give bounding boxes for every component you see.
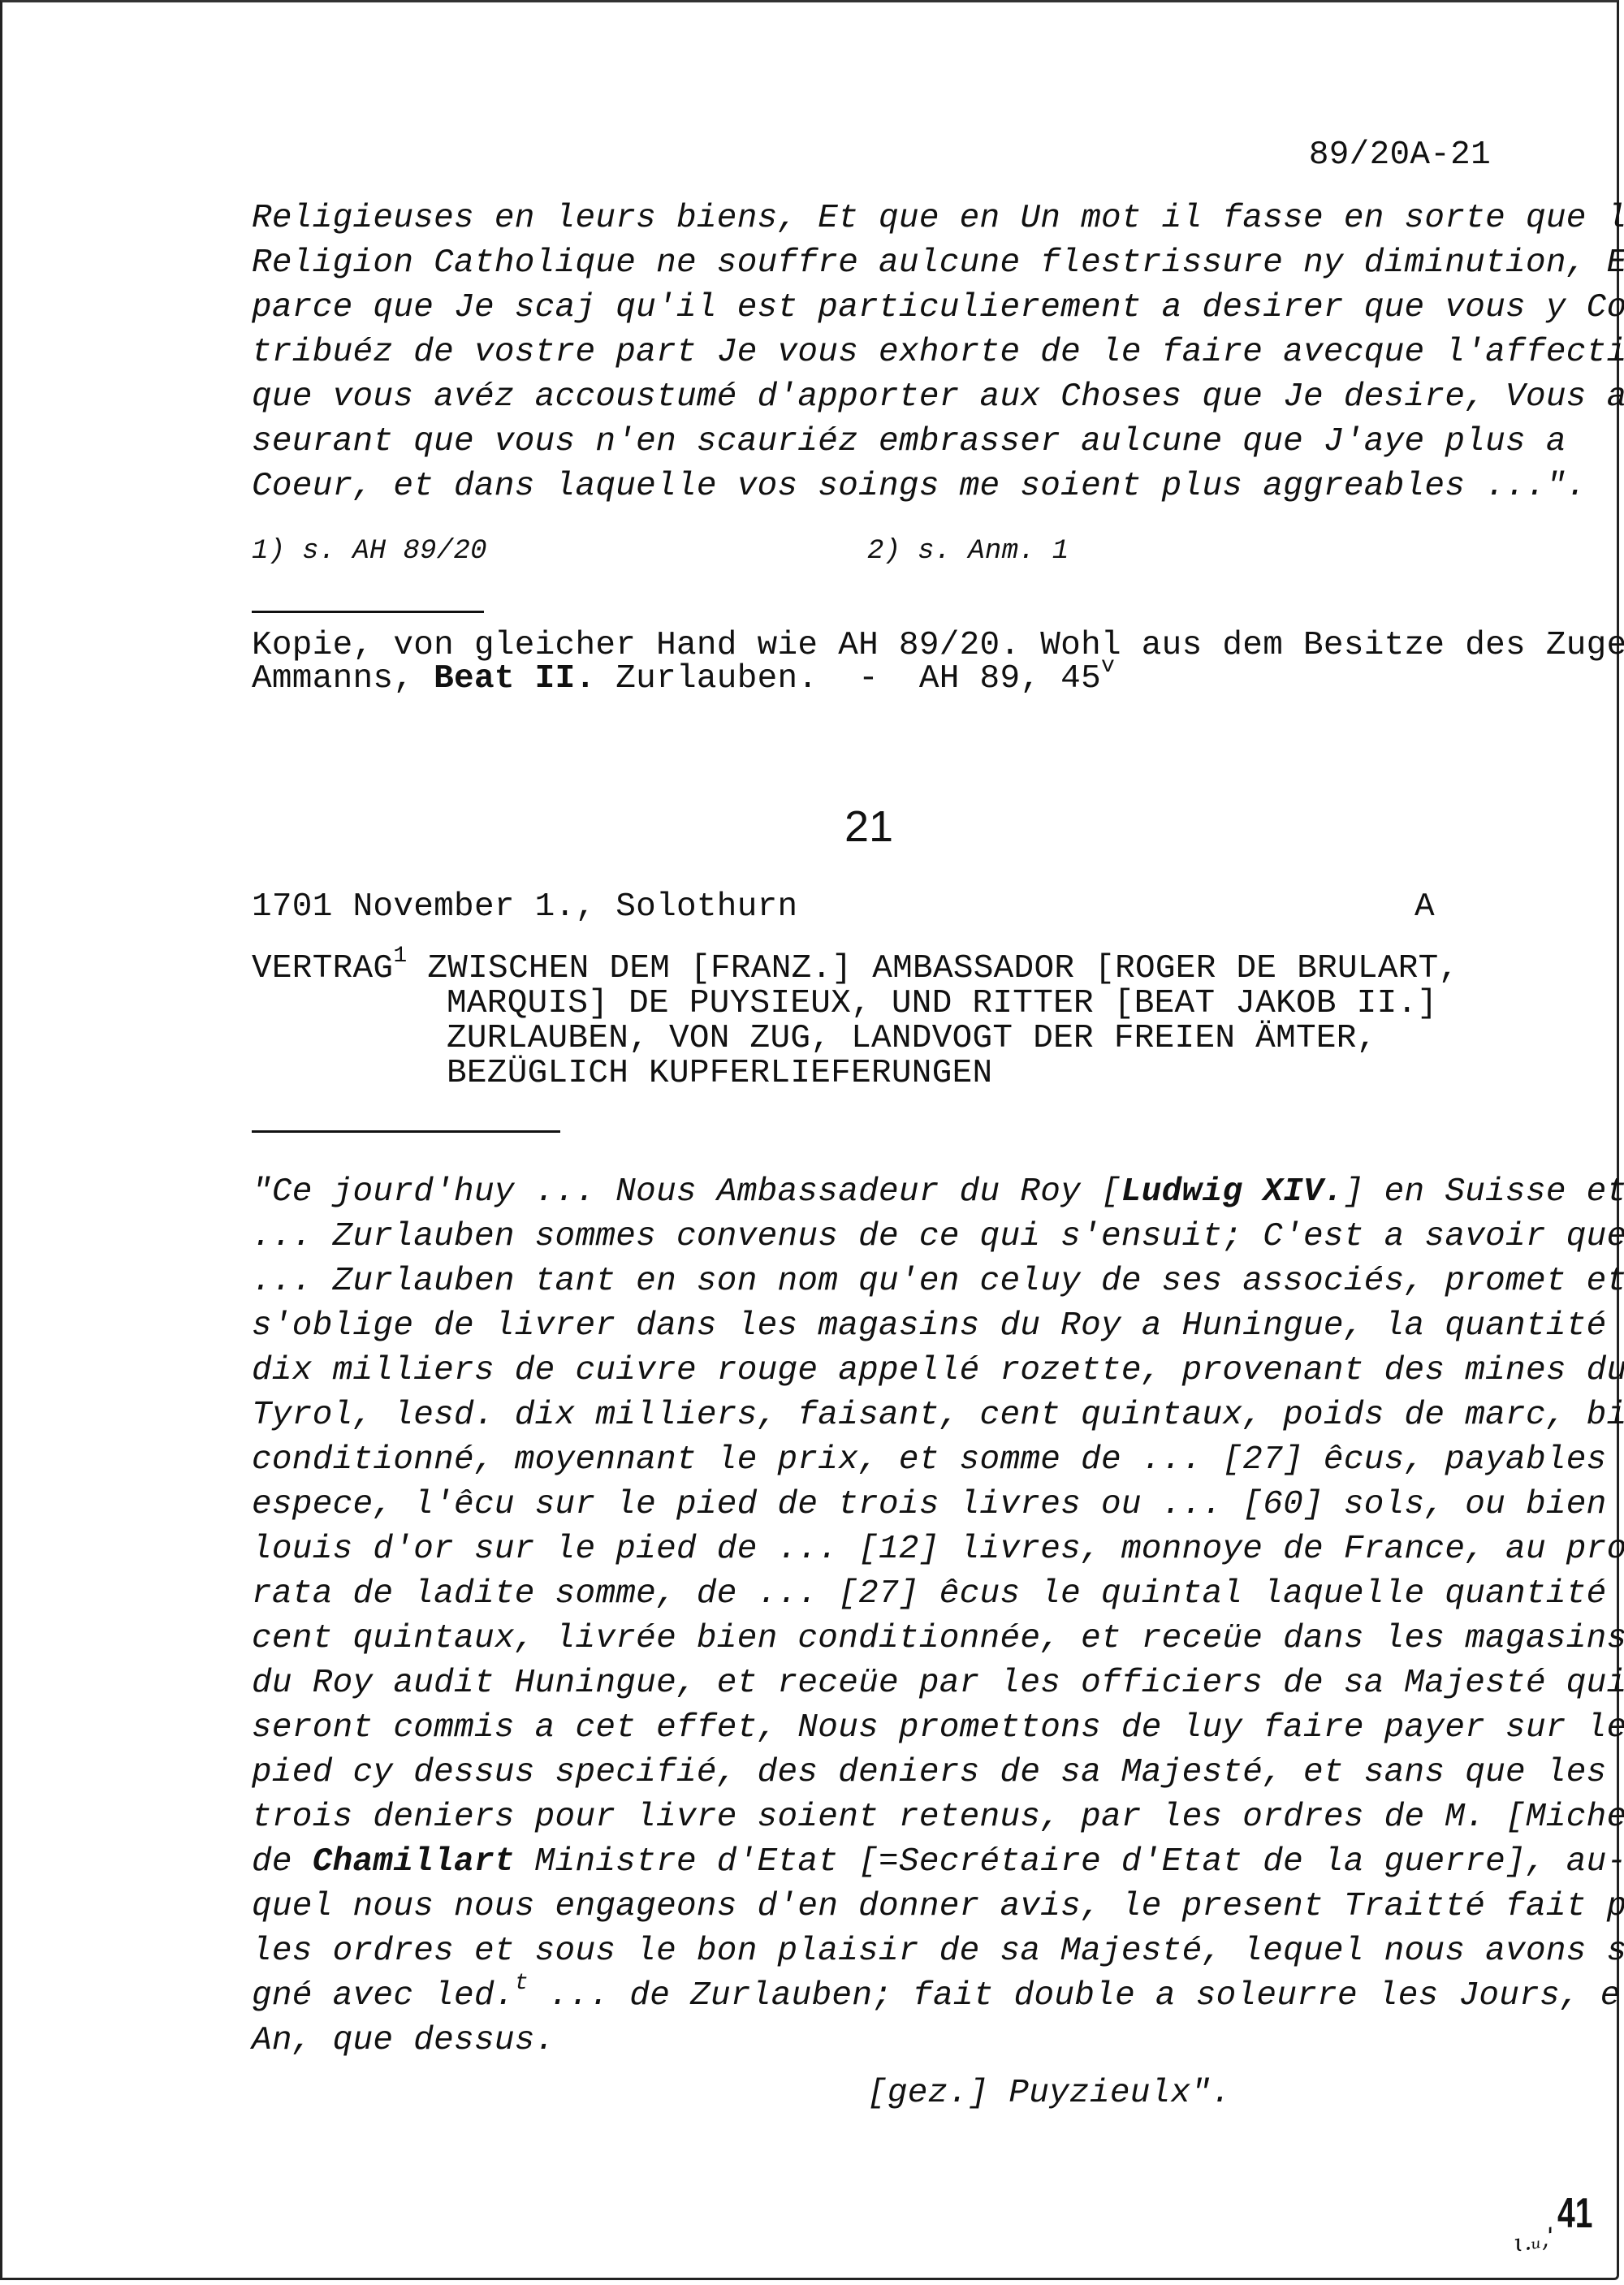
title-line-3: ZURLAUBEN, VON ZUG, LANDVOGT DER FREIEN …: [447, 1020, 1377, 1057]
body-text: ... de Zurlauben; fait double a soleurre…: [529, 1977, 1624, 2015]
body-line: louis d'or sur le pied de ... [12] livre…: [252, 1527, 1624, 1572]
prev-text-line: Religieuses en leurs biens, Et que en Un…: [252, 197, 1624, 241]
body-text: "Ce jourd'huy ... Nous Ambassadeur du Ro…: [252, 1173, 1121, 1211]
date-place: 1701 November 1., Solothurn: [252, 885, 797, 930]
footnote-2: 2) s. Anm. 1: [867, 529, 1069, 574]
title-line-1: VERTRAG1 ZWISCHEN DEM [FRANZ.] AMBASSADO…: [252, 950, 1458, 987]
body-line: de Chamillart Ministre d'Etat [=Secrétai…: [252, 1840, 1624, 1885]
title-footnote-marker: 1: [393, 944, 407, 969]
prev-text-line: parce que Je scaj qu'il est particuliere…: [252, 286, 1624, 330]
signature: [gez.] Puyzieulx".: [867, 2071, 1231, 2116]
title-first-word: VERTRAG: [252, 950, 393, 987]
separator-rule: [252, 611, 484, 613]
body-line: cent quintaux, livrée bien conditionnée,…: [252, 1617, 1624, 1661]
body-line: "Ce jourd'huy ... Nous Ambassadeur du Ro…: [252, 1170, 1624, 1215]
body-line: quel nous nous engageons d'en donner avi…: [252, 1885, 1624, 1929]
separator-rule: [252, 1130, 560, 1133]
body-line: gné avec led.t ... de Zurlauben; fait do…: [252, 1974, 1624, 2019]
source-note-line-2: Ammanns, Beat II. Zurlauben. - AH 89, 45…: [252, 662, 1115, 696]
body-line: s'oblige de livrer dans les magasins du …: [252, 1304, 1624, 1349]
source-note-line-1: Kopie, von gleicher Hand wie AH 89/20. W…: [252, 628, 1624, 663]
body-line: dix milliers de cuivre rouge appellé roz…: [252, 1349, 1624, 1393]
body-line: ... Zurlauben tant en son nom qu'en celu…: [252, 1259, 1624, 1304]
body-person: Chamillart: [313, 1843, 515, 1881]
source-note-verso: v: [1101, 654, 1115, 679]
body-text: Ministre d'Etat [=Secrétaire d'Etat de l…: [515, 1843, 1624, 1881]
body-superscript: t: [515, 1971, 529, 1996]
body-line: rata de ladite somme, de ... [27] êcus l…: [252, 1572, 1624, 1617]
body-line: Tyrol, lesd. dix milliers, faisant, cent…: [252, 1393, 1624, 1438]
prev-text-line: que vous avéz accoustumé d'apporter aux …: [252, 375, 1624, 420]
title-line-4: BEZÜGLICH KUPFERLIEFERUNGEN: [447, 1055, 992, 1092]
body-line: An, que dessus.: [252, 2019, 555, 2063]
body-line: espece, l'êcu sur le pied de trois livre…: [252, 1483, 1624, 1527]
prev-text-line: Coeur, et dans laquelle vos soings me so…: [252, 464, 1587, 509]
prev-text-line: seurant que vous n'en scauriéz embrasser…: [252, 420, 1566, 464]
page-reference: 89/20A-21: [1309, 136, 1491, 174]
source-note-suffix: Zurlauben. - AH 89, 45: [595, 660, 1101, 698]
body-text: de: [252, 1843, 313, 1881]
title-line-2: MARQUIS] DE PUYSIEUX, UND RITTER [BEAT J…: [447, 985, 1437, 1022]
body-line: du Roy audit Huningue, et receüe par les…: [252, 1661, 1624, 1706]
footnote-1: 1) s. AH 89/20: [252, 529, 487, 574]
source-note-prefix: Ammanns,: [252, 660, 434, 698]
body-line: les ordres et sous le bon plaisir de sa …: [252, 1929, 1624, 1974]
title-line-1-rest: ZWISCHEN DEM [FRANZ.] AMBASSADOR [ROGER …: [407, 950, 1458, 987]
body-line: ... Zurlauben sommes convenus de ce qui …: [252, 1215, 1624, 1259]
body-text: gné avec led.: [252, 1977, 515, 2015]
handwritten-folio-number: 41: [1557, 2189, 1592, 2238]
body-line: pied cy dessus specifié, des deniers de …: [252, 1751, 1607, 1795]
classification: A: [1415, 885, 1435, 930]
body-person: Ludwig XIV.: [1121, 1173, 1344, 1211]
body-text: ] en Suisse et: [1344, 1173, 1624, 1211]
prev-text-line: tribuéz de vostre part Je vous exhorte d…: [252, 330, 1624, 375]
body-line: conditionné, moyennant le prix, et somme…: [252, 1438, 1624, 1483]
body-line: trois deniers pour livre soient retenus,…: [252, 1795, 1624, 1840]
document-number: 21: [844, 802, 893, 851]
body-line: seront commis a cet effet, Nous prometto…: [252, 1706, 1624, 1751]
source-note-person: Beat II.: [434, 660, 595, 698]
prev-text-line: Religion Catholique ne souffre aulcune f…: [252, 241, 1624, 286]
